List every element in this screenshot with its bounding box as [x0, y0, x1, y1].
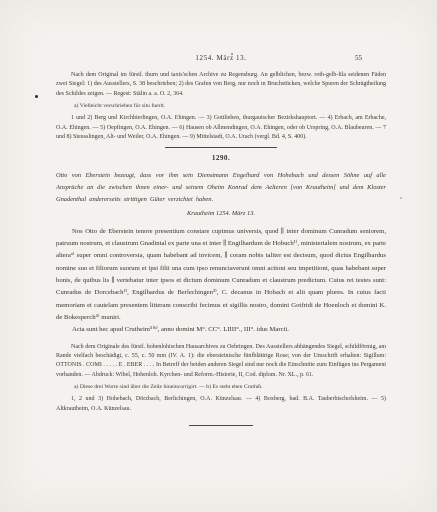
- entry-place-notes: 1, 2 und 3) Hohebach, Dörzbach, Berlichi…: [56, 395, 386, 414]
- entry-divider: [165, 147, 277, 148]
- running-header: 1254. März 13. 55: [56, 54, 386, 62]
- prev-entry-provenance: Nach dem Original im fürstl. thurn und t…: [56, 71, 386, 99]
- entry-footnotes: a) Diese drei Worte sind über die Zeile …: [56, 383, 386, 391]
- prev-entry-footnote: a) Vielleicht verschrieben für situ fuer…: [56, 102, 386, 110]
- scan-speck: [35, 95, 38, 98]
- page-end-divider: [189, 425, 253, 426]
- prev-entry-place-notes: 1 und 2) Berg und Kirchbierlingen, O.A. …: [56, 114, 386, 142]
- entry-provenance: Nach dem Originale des fürstl. hohenlohi…: [56, 343, 386, 381]
- entry-regest: Otto von Eberstein bezeugt, dass vor ihm…: [56, 170, 386, 205]
- entry-dateline: Krautheim 1254. März 13.: [56, 210, 386, 218]
- page-number: 55: [355, 54, 362, 62]
- book-page-scan: 1254. März 13. 55 Nach dem Original im f…: [0, 0, 437, 512]
- charter-actum: Acta sunt hec apud Crutheim⁵⁾ᵇ⁾, anno do…: [56, 324, 386, 336]
- running-header-date: 1254. März 13.: [195, 54, 246, 62]
- text-block: 1254. März 13. 55 Nach dem Original im f…: [56, 54, 386, 426]
- charter-text: Nos Otto de Eberstein tenore presentium …: [56, 226, 386, 324]
- scan-speck: [400, 197, 402, 199]
- entry-number: 1290.: [56, 154, 386, 162]
